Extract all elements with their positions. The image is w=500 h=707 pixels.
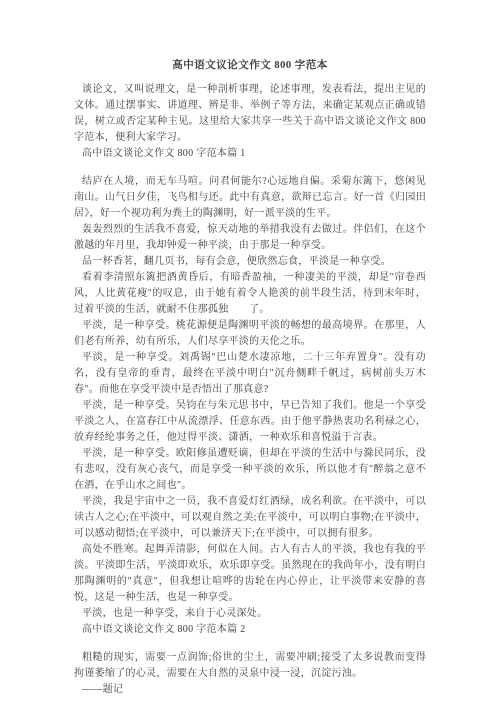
paragraph: 平淡，也是一种享受，来自于心灵深处。 [74, 606, 426, 622]
paragraph: 看着李清照东篱把酒黄昏后，有暗香盈袖，一种凄美的平淡，却是"帘卷西风，人比黄花瘦… [74, 270, 426, 318]
document-body: 谈论文，又叫说理文，是一种剖析事理，论述事理，发表看法，提出主见的文体。通过摆事… [74, 82, 426, 698]
section-heading: 高中语文谈论文作文 800 字范本篇 1 [74, 146, 426, 162]
paragraph: 平淡，我是宇宙中之一员，我不喜爱灯红酒绿，成名利欲。在平淡中，可以读古人之心;在… [74, 494, 426, 542]
paragraph: 品一杯香茗，翻几页书，每有会意，便欣然忘食，平淡是一种享受。 [74, 254, 426, 270]
paragraph: 高处不胜寒。起舞弄清影，何似在人间。古人有古人的平淡，我也有我的平淡。平淡即生活… [74, 542, 426, 606]
paragraph: 谈论文，又叫说理文，是一种剖析事理，论述事理，发表看法，提出主见的文体。通过摆事… [74, 82, 426, 146]
section-heading: 高中语文谈论文作文 800 字范本篇 2 [74, 622, 426, 638]
paragraph: 平淡，是一种享受。欧阳修虽遭贬谪，但却在平淡的生活中与滁民同乐，没有悲叹，没有灰… [74, 446, 426, 494]
document-page: 高中语文议论文作文 800 字范本 谈论文，又叫说理文，是一种剖析事理，论述事理… [0, 0, 500, 707]
paragraph: 轰轰烈烈的生活我不喜爱，惊天动地的举措我没有去做过。伴侣们，在这个激越的年月里，… [74, 222, 426, 254]
paragraph: 平淡，是一种享受。刘禹锡"巴山楚水凄凉地，二十三年弃置身"。没有功名，没有皇帝的… [74, 350, 426, 398]
paragraph: 结庐在人境，而无车马喧。问君何能尔?心远地自偏。采菊东篱下，悠闲见南山。山气日夕… [74, 174, 426, 222]
document-title: 高中语文议论文作文 800 字范本 [74, 57, 426, 74]
paragraph: ——题记 [74, 682, 426, 698]
paragraph: 粗糙的现实，需要一点润饰;俗世的尘土，需要冲刷;接受了太多说教而变得拘谨萎缩了的… [74, 650, 426, 682]
paragraph: 平淡，是一种享受。吴钧在与朱元思书中，早已告知了我们。他是一个享受平淡之人，在富… [74, 398, 426, 446]
paragraph: 平淡，是一种享受。桃花源便是陶渊明平淡的畅想的最高境界。在那里，人们老有所养，幼… [74, 318, 426, 350]
